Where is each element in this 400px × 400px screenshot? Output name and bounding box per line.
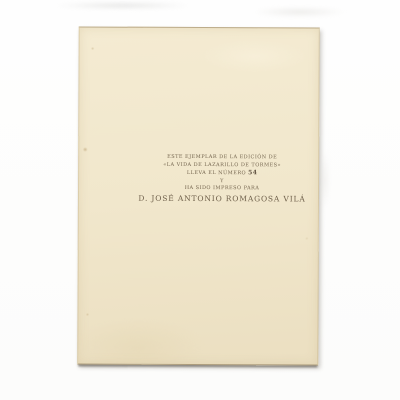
scan-smudge-top-right — [252, 7, 347, 17]
copy-number-value: 54 — [248, 169, 257, 176]
colophon-text-block: ESTE EJEMPLAR DE LA EDICIÓN DE «LA VIDA … — [126, 154, 318, 204]
copy-number-label: LLEVA EL NÚMERO — [187, 170, 246, 176]
photo-background: ESTE EJEMPLAR DE LA EDICIÓN DE «LA VIDA … — [0, 0, 400, 400]
book-page: ESTE EJEMPLAR DE LA EDICIÓN DE «LA VIDA … — [77, 26, 319, 365]
owner-name: D. JOSÉ ANTONIO ROMAGOSA VILÁ — [126, 194, 318, 204]
colophon-line-printed-for: HA SIDO IMPRESO PARA — [126, 185, 318, 193]
scan-smudge-right — [320, 150, 330, 210]
scan-smudge-top — [55, 2, 190, 9]
